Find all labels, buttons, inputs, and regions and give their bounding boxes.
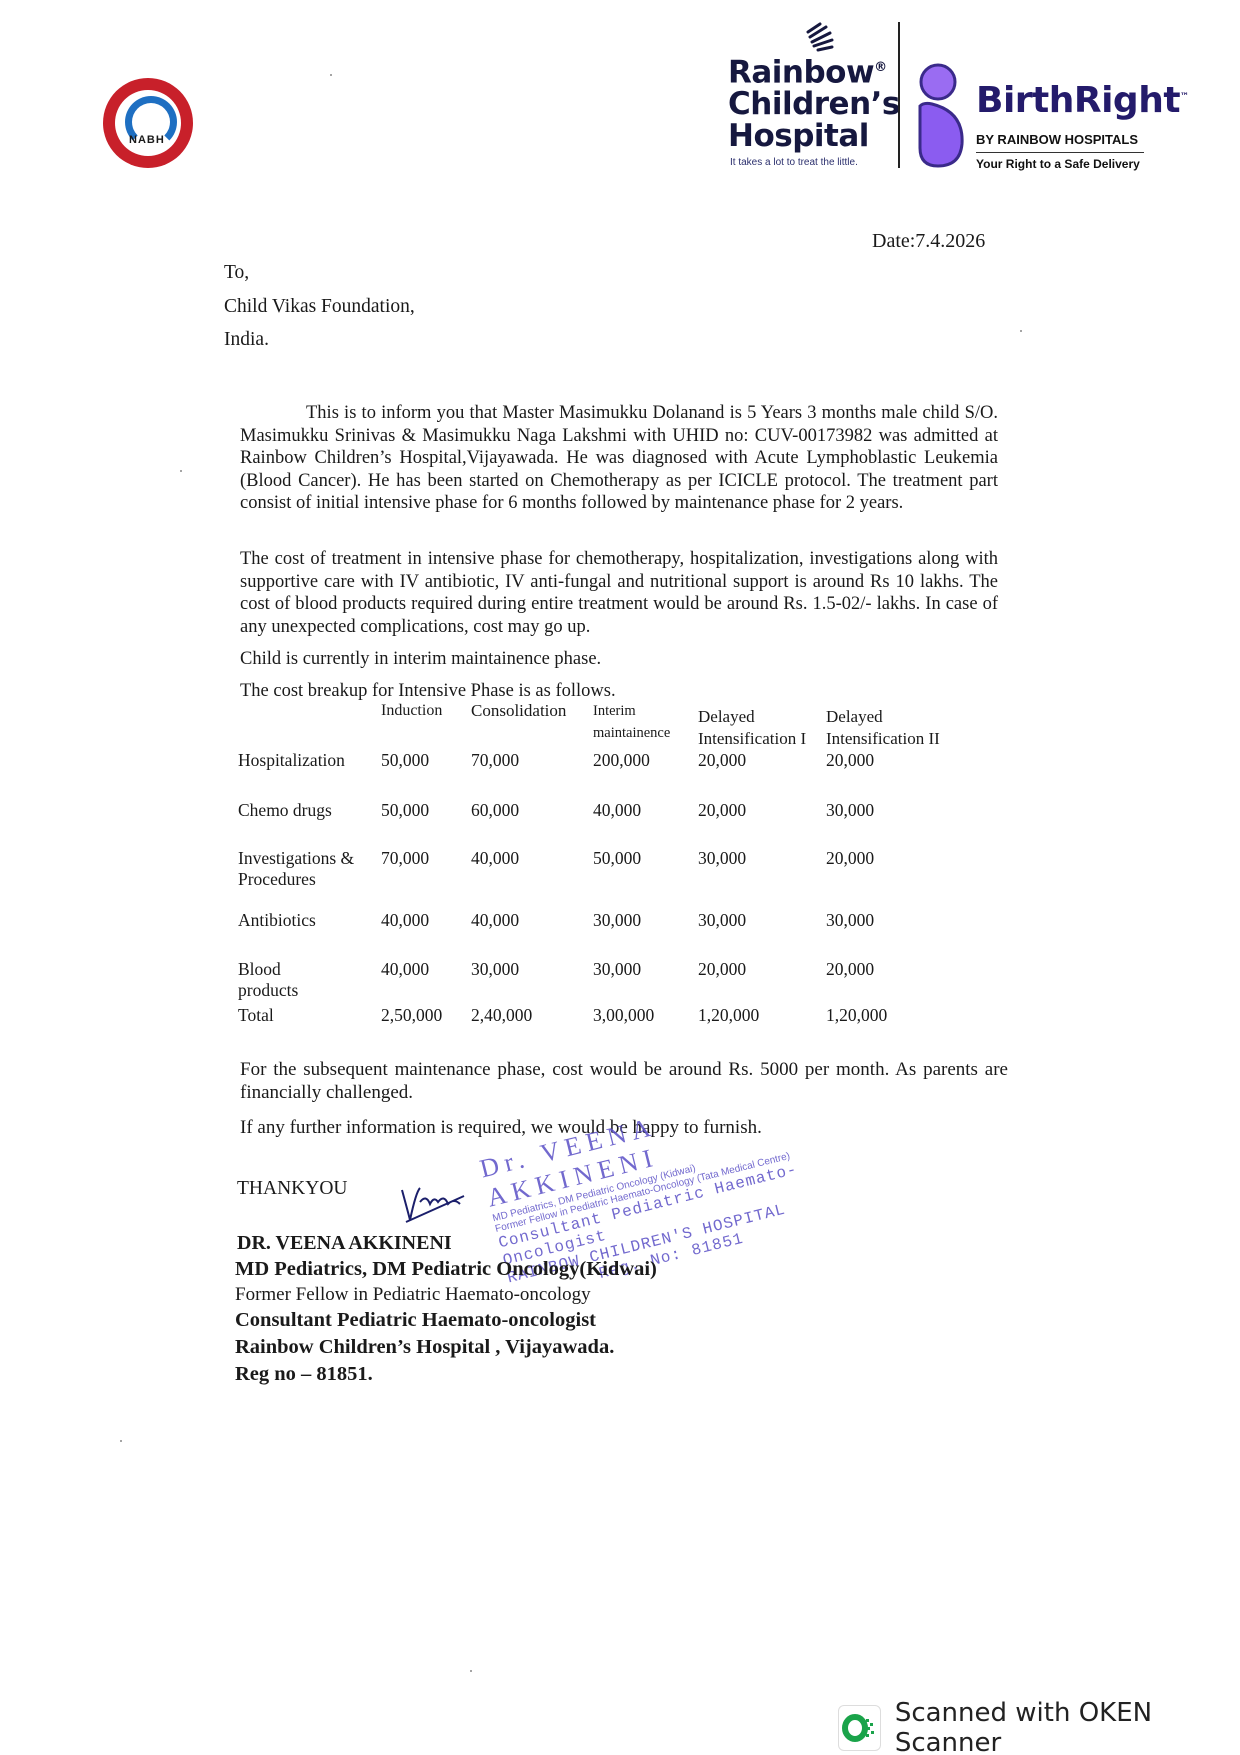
cell: 40,000	[381, 910, 471, 959]
nabh-badge-inner: NABH	[115, 90, 181, 156]
cost-breakup-table: Induction Consolidation Interim maintain…	[238, 700, 966, 1026]
table-row: Hospitalization 50,000 70,000 200,000 20…	[238, 750, 966, 800]
scan-speck	[470, 1670, 472, 1672]
nabh-accreditation-badge: NABH	[103, 78, 193, 168]
oken-scanner-logo-icon	[838, 1705, 881, 1751]
cell: 20,000	[826, 750, 966, 800]
registered-mark: ®	[874, 60, 887, 75]
cell: 50,000	[381, 750, 471, 800]
cell: 20,000	[826, 959, 966, 1005]
scanner-label: Scanned with OKEN Scanner	[895, 1698, 1240, 1755]
signatory-fellowship: Former Fellow in Pediatric Haemato-oncol…	[235, 1282, 591, 1308]
cell: 30,000	[698, 910, 826, 959]
paragraph-maintenance-cost: For the subsequent maintenance phase, co…	[240, 1059, 1008, 1104]
logo-line-childrens: Children’s	[728, 88, 900, 120]
cell: 3,00,000	[593, 1005, 698, 1026]
cell: 30,000	[593, 910, 698, 959]
signatory-designation: Consultant Pediatric Haemato-oncologist	[235, 1307, 596, 1333]
cell: 50,000	[593, 848, 698, 910]
signatory-hospital: Rainbow Children’s Hospital , Vijayawada…	[235, 1334, 614, 1360]
recipient-to: To,	[224, 262, 415, 285]
trademark: ™	[1180, 92, 1189, 102]
logo-divider	[898, 22, 900, 168]
table-total-row: Total 2,50,000 2,40,000 3,00,000 1,20,00…	[238, 1005, 966, 1026]
birthright-name: BirthRight™	[976, 80, 1189, 121]
cell: 30,000	[698, 848, 826, 910]
cell: 70,000	[381, 848, 471, 910]
signatory-qualification: MD Pediatrics, DM Pediatric Oncology(Kid…	[235, 1256, 657, 1282]
cell: 50,000	[381, 800, 471, 848]
rainbow-rays-icon	[798, 20, 838, 54]
birthright-by-line: BY RAINBOW HOSPITALS	[976, 132, 1138, 147]
cell: 60,000	[471, 800, 593, 848]
cell: 40,000	[593, 800, 698, 848]
birthright-mother-icon	[914, 62, 966, 170]
table-row: Investigations & Procedures 70,000 40,00…	[238, 848, 966, 910]
recipient-country: India.	[224, 329, 415, 352]
cell: 200,000	[593, 750, 698, 800]
birthright-name-text: BirthRight	[976, 80, 1180, 121]
cell: 30,000	[826, 800, 966, 848]
cell: 70,000	[471, 750, 593, 800]
signatory-name: DR. VEENA AKKINENI	[237, 1232, 452, 1255]
cell: 20,000	[826, 848, 966, 910]
recipient-block: To, Child Vikas Foundation, India.	[224, 262, 415, 352]
paragraph-current-phase: Child is currently in interim maintainen…	[240, 648, 998, 671]
cell: 40,000	[381, 959, 471, 1005]
cell: 40,000	[471, 848, 593, 910]
table-header-row: Induction Consolidation Interim maintain…	[238, 700, 966, 750]
row-label: Antibiotics	[238, 910, 381, 959]
col-delayed-intensification-1: Delayed Intensification I	[698, 700, 826, 750]
table-row: Antibiotics 40,000 40,000 30,000 30,000 …	[238, 910, 966, 959]
col-interim-maintainence: Interim maintainence	[593, 700, 698, 750]
scan-speck	[1020, 330, 1022, 332]
row-label: Total	[238, 1005, 381, 1026]
birthright-slogan: Your Right to a Safe Delivery	[976, 157, 1140, 171]
nabh-label: NABH	[129, 134, 165, 146]
scan-speck	[120, 1440, 122, 1442]
row-label: Investigations & Procedures	[238, 848, 381, 910]
recipient-org: Child Vikas Foundation,	[224, 296, 415, 319]
header-empty	[238, 700, 381, 750]
logo-line-hospital: Hospital	[728, 120, 900, 152]
row-label: Blood products	[238, 959, 381, 1005]
paragraph-patient-info: This is to inform you that Master Masimu…	[240, 402, 998, 515]
cell: 2,50,000	[381, 1005, 471, 1026]
scan-speck	[330, 74, 332, 76]
table-row: Blood products 40,000 30,000 30,000 20,0…	[238, 959, 966, 1005]
paragraph-cost-overview: The cost of treatment in intensive phase…	[240, 548, 998, 638]
cell: 30,000	[471, 959, 593, 1005]
scanner-watermark: Scanned with OKEN Scanner	[838, 1698, 1240, 1755]
cell: 40,000	[471, 910, 593, 959]
cell: 30,000	[826, 910, 966, 959]
rainbow-tagline: It takes a lot to treat the little.	[730, 157, 858, 168]
rainbow-hospital-logo: Rainbow® Children’s Hospital	[728, 52, 900, 152]
row-label: Chemo drugs	[238, 800, 381, 848]
scan-speck	[180, 470, 182, 472]
cell: 20,000	[698, 750, 826, 800]
cell: 1,20,000	[698, 1005, 826, 1026]
signatory-reg: Reg no – 81851.	[235, 1361, 373, 1387]
col-delayed-intensification-2: Delayed Intensification II	[826, 700, 966, 750]
cell: 30,000	[593, 959, 698, 1005]
closing-thankyou: THANKYOU	[237, 1178, 348, 1200]
logo-line-rainbow: Rainbow	[728, 54, 874, 90]
col-consolidation: Consolidation	[471, 700, 593, 750]
cell: 20,000	[698, 959, 826, 1005]
col-induction: Induction	[381, 700, 471, 750]
cell: 20,000	[698, 800, 826, 848]
row-label: Hospitalization	[238, 750, 381, 800]
birthright-underline	[976, 152, 1144, 153]
cell: 1,20,000	[826, 1005, 966, 1026]
table-row: Chemo drugs 50,000 60,000 40,000 20,000 …	[238, 800, 966, 848]
handwritten-signature	[398, 1182, 468, 1224]
cell: 2,40,000	[471, 1005, 593, 1026]
letter-date: Date:7.4.2026	[872, 230, 985, 253]
